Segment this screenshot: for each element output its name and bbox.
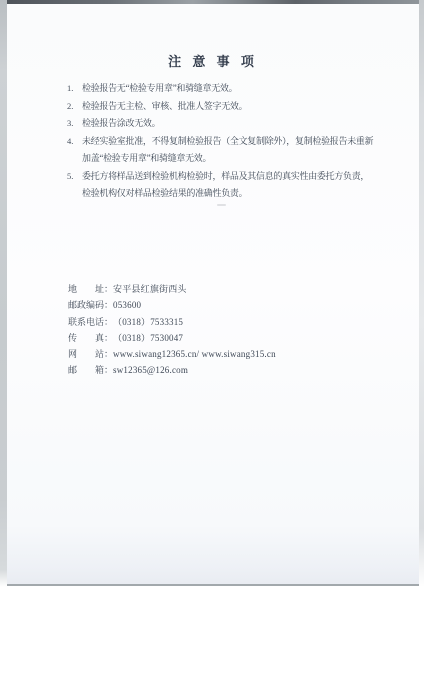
contact-label: 传 真： bbox=[68, 330, 113, 346]
item-text: 检验报告无主检、审核、批准人签字无效。 bbox=[82, 98, 247, 116]
notice-item: 2. 检验报告无主检、审核、批准人签字无效。 bbox=[67, 98, 407, 116]
scan-edge-top bbox=[7, 0, 419, 4]
item-number: 5. bbox=[67, 168, 82, 186]
contact-label: 网 站： bbox=[68, 346, 113, 362]
contact-row-email: 邮 箱： sw12365@126.com bbox=[68, 362, 276, 378]
item-number: 3. bbox=[67, 115, 82, 133]
notice-list: 1. 检验报告无“检验专用章”和骑缝章无效。 2. 检验报告无主检、审核、批准人… bbox=[67, 80, 407, 203]
contact-label: 邮政编码： bbox=[68, 297, 113, 313]
contact-label: 地 址： bbox=[68, 281, 113, 297]
item-number: 4. bbox=[67, 133, 82, 151]
contact-row-phone: 联系电话： （0318）7533315 bbox=[68, 314, 276, 330]
scan-artifact bbox=[217, 204, 226, 206]
contact-value: 安平县红旗街西头 bbox=[113, 281, 187, 297]
scanned-document-page: 注 意 事 项 1. 检验报告无“检验专用章”和骑缝章无效。 2. 检验报告无主… bbox=[7, 0, 419, 586]
item-number: 2. bbox=[67, 98, 82, 116]
contact-row-postcode: 邮政编码： 053600 bbox=[68, 297, 276, 313]
notice-item: 5. 委托方将样品送到检验机构检验时，样品及其信息的真实性由委托方负责， 检验机… bbox=[67, 168, 407, 203]
contact-label: 邮 箱： bbox=[68, 362, 113, 378]
scan-edge-right bbox=[419, 0, 424, 587]
item-number: 1. bbox=[67, 80, 82, 98]
contact-value: （0318）7533315 bbox=[113, 314, 183, 330]
contact-row-fax: 传 真： （0318）7530047 bbox=[68, 330, 276, 346]
contact-value: www.siwang12365.cn/ www.siwang315.cn bbox=[113, 346, 276, 362]
contact-row-website: 网 站： www.siwang12365.cn/ www.siwang315.c… bbox=[68, 346, 276, 362]
scan-edge-left bbox=[0, 0, 7, 587]
item-text: 检验报告无“检验专用章”和骑缝章无效。 bbox=[82, 80, 237, 98]
contact-section: 地 址： 安平县红旗街西头 邮政编码： 053600 联系电话： （0318）7… bbox=[68, 281, 276, 379]
scan-background: 注 意 事 项 1. 检验报告无“检验专用章”和骑缝章无效。 2. 检验报告无主… bbox=[0, 0, 424, 700]
contact-value: （0318）7530047 bbox=[113, 330, 183, 346]
item-text: 未经实验室批准，不得复制检验报告（全文复制除外），复制检验报告未重新 加盖“检验… bbox=[82, 133, 373, 168]
item-text: 检验报告涂改无效。 bbox=[82, 115, 160, 133]
notice-item: 3. 检验报告涂改无效。 bbox=[67, 115, 407, 133]
contact-row-address: 地 址： 安平县红旗街西头 bbox=[68, 281, 276, 297]
notice-item: 4. 未经实验室批准，不得复制检验报告（全文复制除外），复制检验报告未重新 加盖… bbox=[67, 133, 407, 168]
item-text: 委托方将样品送到检验机构检验时，样品及其信息的真实性由委托方负责， 检验机构仅对… bbox=[82, 168, 369, 203]
contact-value: sw12365@126.com bbox=[113, 362, 188, 378]
contact-label: 联系电话： bbox=[68, 314, 113, 330]
notice-item: 1. 检验报告无“检验专用章”和骑缝章无效。 bbox=[67, 80, 407, 98]
contact-value: 053600 bbox=[113, 297, 141, 313]
page-title: 注 意 事 项 bbox=[7, 51, 419, 70]
